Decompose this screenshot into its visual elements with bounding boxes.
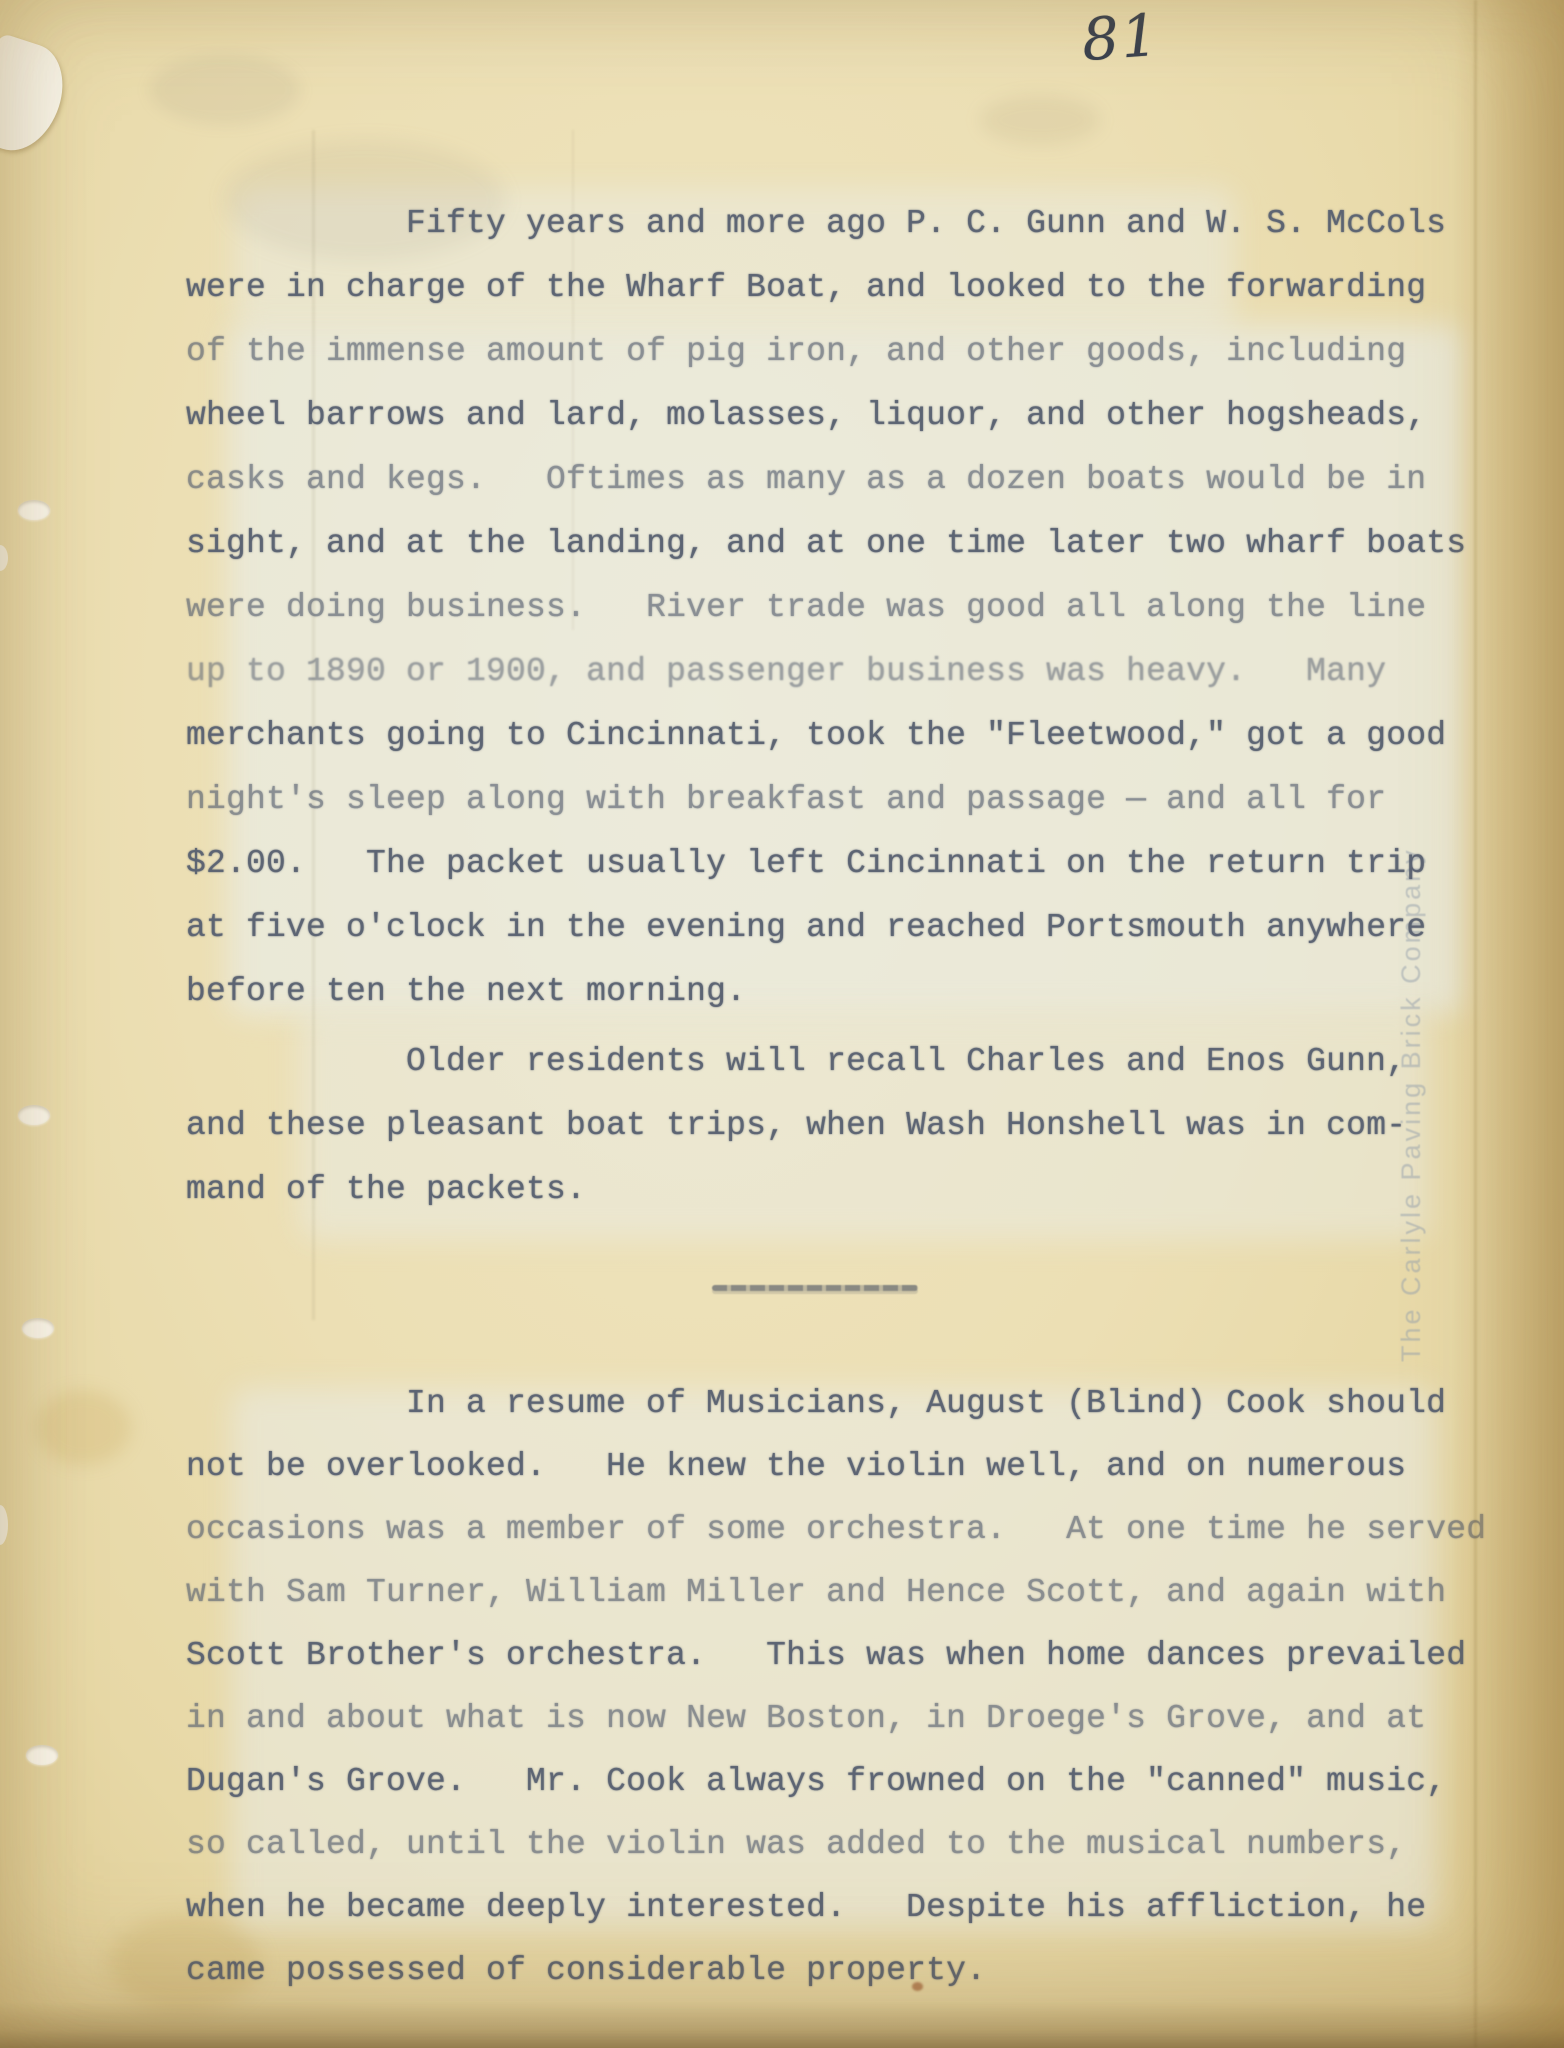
section-divider-line: [712, 1285, 918, 1291]
typed-line: Scott Brother's orchestra. This was when…: [186, 1624, 1496, 1687]
typed-line: merchants going to Cincinnati, took the …: [186, 704, 1496, 768]
punch-hole: [22, 1318, 54, 1338]
paragraph-older-residents: Older residents will recall Charles and …: [186, 1030, 1496, 1222]
paper-edge-nick: [0, 1505, 8, 1545]
page-number-handwritten: 81: [1080, 0, 1204, 74]
punch-hole: [18, 1105, 50, 1125]
punch-hole: [18, 500, 50, 520]
typed-line: Dugan's Grove. Mr. Cook always frowned o…: [186, 1750, 1496, 1813]
typed-line: In a resume of Musicians, August (Blind)…: [186, 1372, 1496, 1435]
typed-line: with Sam Turner, William Miller and Henc…: [186, 1561, 1496, 1624]
typed-line: up to 1890 or 1900, and passenger busine…: [186, 640, 1496, 704]
typed-line: Older residents will recall Charles and …: [186, 1030, 1496, 1094]
torn-paper-corner: [0, 33, 75, 162]
paper-edge-nick: [0, 545, 8, 571]
typed-line: Fifty years and more ago P. C. Gunn and …: [186, 192, 1496, 256]
paper-stain: [150, 55, 300, 125]
paper-stain: [36, 1390, 131, 1465]
typed-line: at five o'clock in the evening and reach…: [186, 896, 1496, 960]
typed-line: casks and kegs. Oftimes as many as a doz…: [186, 448, 1496, 512]
typed-line: wheel barrows and lard, molasses, liquor…: [186, 384, 1496, 448]
typed-line: were doing business. River trade was goo…: [186, 576, 1496, 640]
typed-line: occasions was a member of some orchestra…: [186, 1498, 1496, 1561]
typed-line: came possessed of considerable property.: [186, 1939, 1496, 2002]
typed-line: not be overlooked. He knew the violin we…: [186, 1435, 1496, 1498]
typed-line: in and about what is now New Boston, in …: [186, 1687, 1496, 1750]
page-edge-shading: [0, 2002, 1564, 2048]
typed-line: night's sleep along with breakfast and p…: [186, 768, 1496, 832]
page-edge-shading: [1454, 0, 1564, 2048]
typed-line: $2.00. The packet usually left Cincinnat…: [186, 832, 1496, 896]
manuscript-page: The Carlyle Paving Brick Company 81 Fift…: [0, 0, 1564, 2048]
page-fold-line: [1474, 0, 1477, 2048]
typed-line: sight, and at the landing, and at one ti…: [186, 512, 1496, 576]
paragraph-musicians: In a resume of Musicians, August (Blind)…: [186, 1372, 1496, 2002]
typed-line: of the immense amount of pig iron, and o…: [186, 320, 1496, 384]
typed-line: before ten the next morning.: [186, 960, 1496, 1024]
typed-line: were in charge of the Wharf Boat, and lo…: [186, 256, 1496, 320]
punch-hole: [26, 1745, 58, 1765]
paper-stain: [980, 95, 1100, 145]
typed-line: when he became deeply interested. Despit…: [186, 1876, 1496, 1939]
paragraph-wharf-boat: Fifty years and more ago P. C. Gunn and …: [186, 192, 1496, 1024]
typed-line: and these pleasant boat trips, when Wash…: [186, 1094, 1496, 1158]
typed-line: mand of the packets.: [186, 1158, 1496, 1222]
typed-line: so called, until the violin was added to…: [186, 1813, 1496, 1876]
